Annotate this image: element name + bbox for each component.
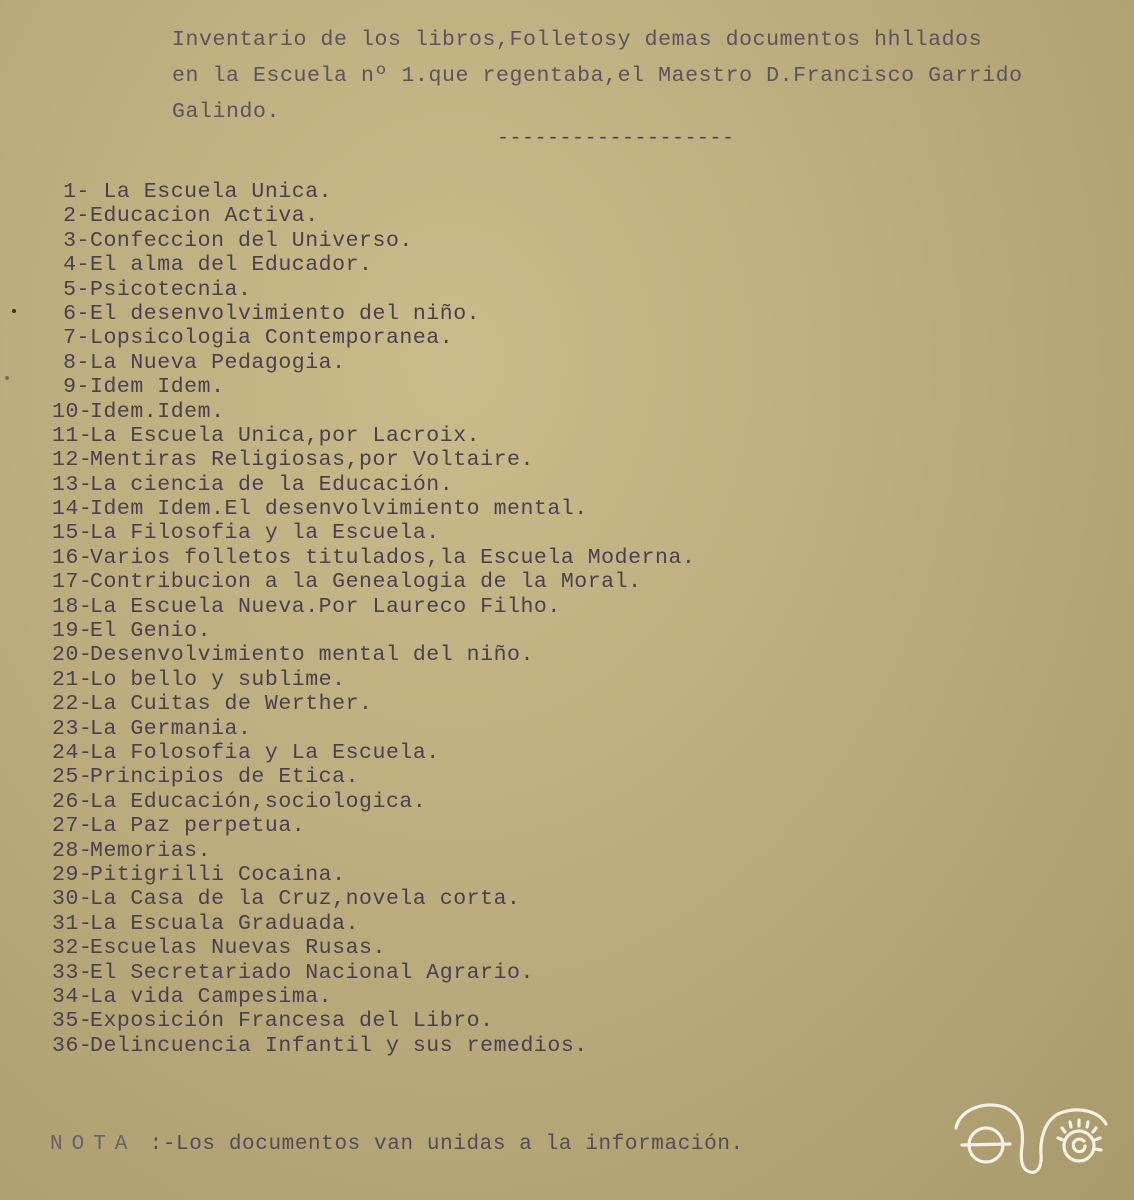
paper-speck	[5, 376, 9, 380]
item-number: 36-	[52, 1034, 90, 1058]
item-number: 13-	[52, 473, 90, 497]
list-item: 30-La Casa de la Cruz,novela corta.	[52, 887, 695, 911]
item-number: 31-	[52, 912, 90, 936]
item-number: 9-	[52, 375, 90, 399]
note-line: NOTA :-Los documentos van unidas a la in…	[50, 1133, 744, 1156]
item-number: 14-	[52, 497, 90, 521]
item-title: La Germania.	[90, 717, 251, 741]
item-title: Lo bello y sublime.	[90, 668, 346, 692]
item-number: 26-	[52, 790, 90, 814]
list-item: 36-Delincuencia Infantil y sus remedios.	[52, 1034, 695, 1058]
list-item: 8-La Nueva Pedagogia.	[52, 351, 695, 375]
item-title: El alma del Educador.	[90, 253, 373, 277]
document-header: Inventario de los libros,Folletosy demas…	[172, 22, 1122, 130]
item-number: 11-	[52, 424, 90, 448]
header-line-1: Inventario de los libros,Folletosy demas…	[172, 22, 1122, 58]
item-title: La Escuala Graduada.	[90, 912, 359, 936]
item-title: La Educación,sociologica.	[90, 790, 426, 814]
list-item: 32-Escuelas Nuevas Rusas.	[52, 936, 695, 960]
item-number: 16-	[52, 546, 90, 570]
list-item: 4-El alma del Educador.	[52, 253, 695, 277]
item-title: La vida Campesima.	[90, 985, 332, 1009]
list-item: 1- La Escuela Unica.	[52, 180, 695, 204]
list-item: 33-El Secretariado Nacional Agrario.	[52, 961, 695, 985]
item-number: 17-	[52, 570, 90, 594]
list-item: 18-La Escuela Nueva.Por Laureco Filho.	[52, 595, 695, 619]
list-item: 13-La ciencia de la Educación.	[52, 473, 695, 497]
list-item: 2-Educacion Activa.	[52, 204, 695, 228]
item-title: Idem.Idem.	[90, 400, 225, 424]
item-number: 28-	[52, 839, 90, 863]
note-text: :-Los documentos van unidas a la informa…	[150, 1133, 744, 1156]
scanned-document-page: Inventario de los libros,Folletosy demas…	[0, 0, 1134, 1200]
list-item: 31-La Escuala Graduada.	[52, 912, 695, 936]
item-number: 4-	[52, 253, 90, 277]
list-item: 28-Memorias.	[52, 839, 695, 863]
list-item: 9-Idem Idem.	[52, 375, 695, 399]
list-item: 23-La Germania.	[52, 717, 695, 741]
item-number: 10-	[52, 400, 90, 424]
item-number: 25-	[52, 765, 90, 789]
item-number: 20-	[52, 643, 90, 667]
item-title: La Cuitas de Werther.	[90, 692, 373, 716]
item-title: Mentiras Religiosas,por Voltaire.	[90, 448, 534, 472]
item-number: 33-	[52, 961, 90, 985]
item-number: 19-	[52, 619, 90, 643]
list-item: 11-La Escuela Unica,por Lacroix.	[52, 424, 695, 448]
item-title: Pitigrilli Cocaina.	[90, 863, 346, 887]
item-number: 34-	[52, 985, 90, 1009]
list-item: 3-Confeccion del Universo.	[52, 229, 695, 253]
item-number: 18-	[52, 595, 90, 619]
item-title: Contribucion a la Genealogia de la Moral…	[90, 570, 642, 594]
list-item: 24-La Folosofia y La Escuela.	[52, 741, 695, 765]
item-title: La Casa de la Cruz,novela corta.	[90, 887, 520, 911]
item-title: La ciencia de la Educación.	[90, 473, 453, 497]
list-item: 5-Psicotecnia.	[52, 278, 695, 302]
item-number: 21-	[52, 668, 90, 692]
note-label: NOTA	[50, 1133, 136, 1156]
inventory-list: 1- La Escuela Unica.2-Educacion Activa.3…	[52, 180, 695, 1058]
item-title: Varios folletos titulados,la Escuela Mod…	[90, 546, 695, 570]
list-item: 34-La vida Campesima.	[52, 985, 695, 1009]
item-number: 6-	[52, 302, 90, 326]
list-item: 16-Varios folletos titulados,la Escuela …	[52, 546, 695, 570]
item-title: La Filosofia y la Escuela.	[90, 521, 440, 545]
list-item: 21-Lo bello y sublime.	[52, 668, 695, 692]
item-title: Educacion Activa.	[90, 204, 319, 228]
item-title: Lopsicologia Contemporanea.	[90, 326, 453, 350]
item-title: La Escuela Nueva.Por Laureco Filho.	[90, 595, 561, 619]
list-item: 15-La Filosofia y la Escuela.	[52, 521, 695, 545]
item-title: El Genio.	[90, 619, 211, 643]
item-number: 2-	[52, 204, 90, 228]
item-title: Memorias.	[90, 839, 211, 863]
item-title: El desenvolvimiento del niño.	[90, 302, 480, 326]
item-number: 5-	[52, 278, 90, 302]
item-title: Desenvolvimiento mental del niño.	[90, 643, 534, 667]
item-title: La Folosofia y La Escuela.	[90, 741, 440, 765]
list-item: 26-La Educación,sociologica.	[52, 790, 695, 814]
archive-watermark-logo-icon	[948, 1098, 1112, 1180]
list-item: 20-Desenvolvimiento mental del niño.	[52, 643, 695, 667]
header-line-2: en la Escuela nº 1.que regentaba,el Maes…	[172, 58, 1122, 94]
item-title: Exposición Francesa del Libro.	[90, 1009, 494, 1033]
item-number: 29-	[52, 863, 90, 887]
item-title: Idem Idem.El desenvolvimiento mental.	[90, 497, 588, 521]
item-title: La Nueva Pedagogia.	[90, 351, 346, 375]
list-item: 27-La Paz perpetua.	[52, 814, 695, 838]
list-item: 19-El Genio.	[52, 619, 695, 643]
list-item: 10-Idem.Idem.	[52, 400, 695, 424]
list-item: 29-Pitigrilli Cocaina.	[52, 863, 695, 887]
list-item: 14-Idem Idem.El desenvolvimiento mental.	[52, 497, 695, 521]
item-number: 7-	[52, 326, 90, 350]
item-number: 1-	[52, 180, 90, 204]
item-number: 3-	[52, 229, 90, 253]
item-number: 8-	[52, 351, 90, 375]
item-number: 32-	[52, 936, 90, 960]
item-number: 12-	[52, 448, 90, 472]
list-item: 17-Contribucion a la Genealogia de la Mo…	[52, 570, 695, 594]
item-number: 15-	[52, 521, 90, 545]
item-number: 27-	[52, 814, 90, 838]
item-number: 30-	[52, 887, 90, 911]
list-item: 6-El desenvolvimiento del niño.	[52, 302, 695, 326]
item-number: 23-	[52, 717, 90, 741]
list-item: 35-Exposición Francesa del Libro.	[52, 1009, 695, 1033]
item-title: Confeccion del Universo.	[90, 229, 413, 253]
header-divider-rule: -------------------	[497, 127, 735, 150]
item-number: 24-	[52, 741, 90, 765]
list-item: 22-La Cuitas de Werther.	[52, 692, 695, 716]
header-line-3: Galindo.	[172, 94, 1122, 130]
list-item: 12-Mentiras Religiosas,por Voltaire.	[52, 448, 695, 472]
item-title: Escuelas Nuevas Rusas.	[90, 936, 386, 960]
item-title: Principios de Etica.	[90, 765, 359, 789]
item-title: La Escuela Unica,por Lacroix.	[90, 424, 480, 448]
item-title: La Escuela Unica.	[90, 180, 332, 204]
item-number: 22-	[52, 692, 90, 716]
item-number: 35-	[52, 1009, 90, 1033]
item-title: Psicotecnia.	[90, 278, 251, 302]
paper-speck	[12, 309, 16, 313]
item-title: La Paz perpetua.	[90, 814, 305, 838]
item-title: Delincuencia Infantil y sus remedios.	[90, 1034, 588, 1058]
item-title: Idem Idem.	[90, 375, 225, 399]
item-title: El Secretariado Nacional Agrario.	[90, 961, 534, 985]
list-item: 25-Principios de Etica.	[52, 765, 695, 789]
list-item: 7-Lopsicologia Contemporanea.	[52, 326, 695, 350]
